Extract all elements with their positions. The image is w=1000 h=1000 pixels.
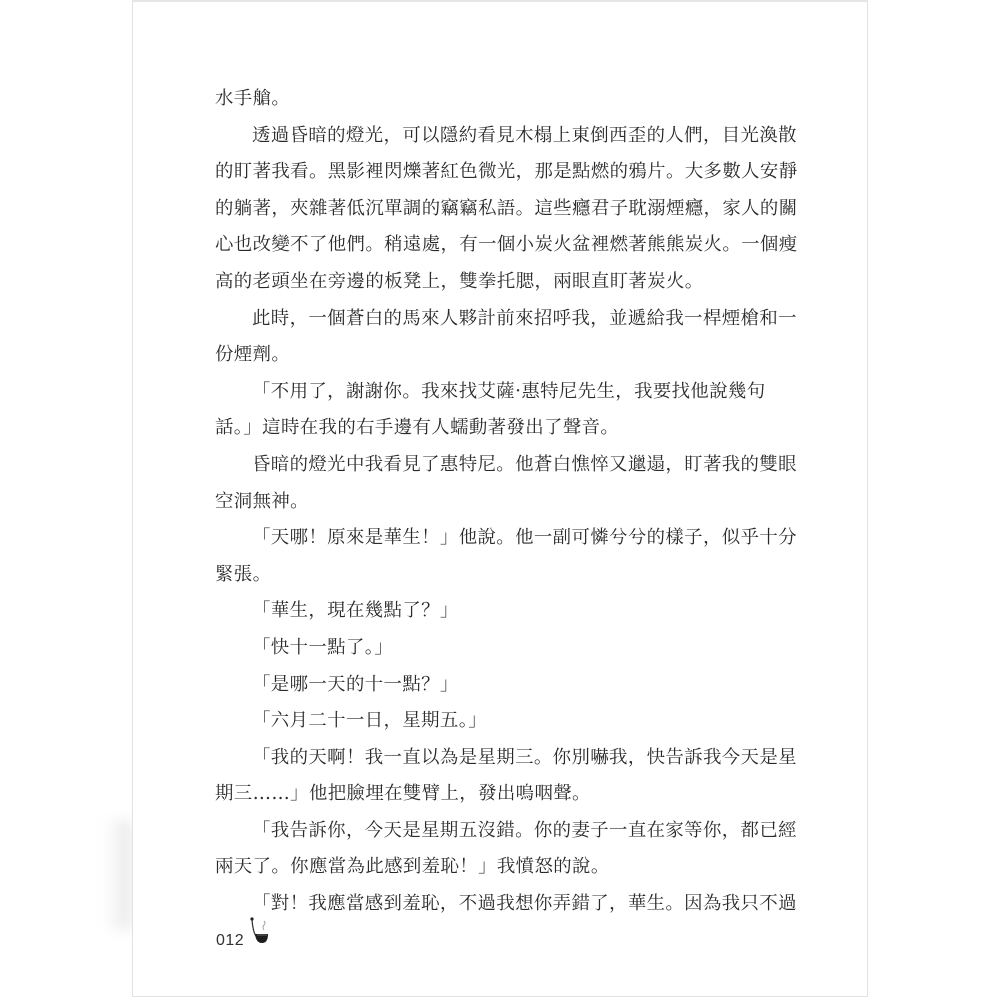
text-line: 的躺著，夾雜著低沉單調的竊竊私語。這些癮君子耽溺煙癮，家人的關	[215, 191, 785, 228]
text-line: 「我告訴你，今天是星期五沒錯。你的妻子一直在家等你，都已經	[215, 813, 785, 850]
text-line: 「華生，現在幾點了？」	[215, 593, 785, 630]
text-line: 透過昏暗的燈光，可以隱約看見木榻上東倒西歪的人們，目光渙散	[215, 118, 785, 155]
smoking-pipe-icon	[249, 916, 271, 951]
text-line: 「對！我應當感到羞恥，不過我想你弄錯了，華生。因為我只不過	[215, 886, 785, 923]
page-number: 012	[216, 932, 244, 950]
text-line: 份煙劑。	[215, 337, 785, 374]
text-line: 高的老頭坐在旁邊的板凳上，雙拳托腮，兩眼直盯著炭火。	[215, 264, 785, 301]
text-line: 「是哪一天的十一點？」	[215, 667, 785, 704]
text-line: 心也改變不了他們。稍遠處，有一個小炭火盆裡燃著熊熊炭火。一個瘦	[215, 227, 785, 264]
text-line: 水手艙。	[215, 81, 785, 118]
text-line: 緊張。	[215, 557, 785, 594]
page-footer: 012	[216, 930, 271, 951]
text-line: 「快十一點了。」	[215, 630, 785, 667]
text-line: 「六月二十一日，星期五。」	[215, 703, 785, 740]
text-line: 空洞無神。	[215, 484, 785, 521]
body-text: 水手艙。 透過昏暗的燈光，可以隱約看見木榻上東倒西歪的人們，目光渙散 的盯著我看…	[215, 81, 785, 923]
page-edge-shadow	[104, 820, 132, 930]
text-line: 的盯著我看。黑影裡閃爍著紅色微光，那是點燃的鴉片。大多數人安靜	[215, 154, 785, 191]
text-line: 「天哪！原來是華生！」他說。他一副可憐兮兮的樣子，似乎十分	[215, 520, 785, 557]
text-line: 此時，一個蒼白的馬來人夥計前來招呼我，並遞給我一桿煙槍和一	[215, 301, 785, 338]
text-line: 「我的天啊！我一直以為是星期三。你別嚇我，快告訴我今天是星	[215, 740, 785, 777]
text-line: 「不用了，謝謝你。我來找艾薩·惠特尼先生，我要找他說幾句	[215, 374, 785, 411]
text-line: 昏暗的燈光中我看見了惠特尼。他蒼白憔悴又邋遢，盯著我的雙眼	[215, 447, 785, 484]
text-line: 期三……」他把臉埋在雙臂上，發出嗚咽聲。	[215, 776, 785, 813]
text-line: 話。」這時在我的右手邊有人蠕動著發出了聲音。	[215, 410, 785, 447]
text-line: 兩天了。你應當為此感到羞恥！」我憤怒的說。	[215, 849, 785, 886]
